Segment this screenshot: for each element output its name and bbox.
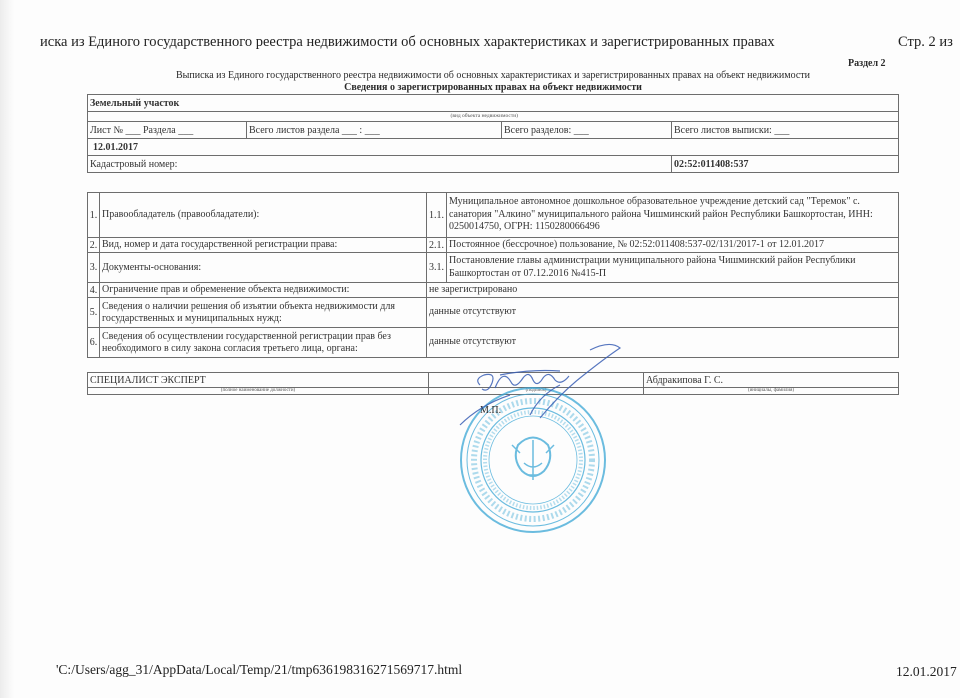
row-value: Постоянное (бессрочное) пользование, № 0… — [447, 238, 899, 253]
footer-file-path: 'C:/Users/agg_31/AppData/Local/Temp/21/t… — [56, 662, 462, 678]
table-row: 5. Сведения о наличии решения об изъятии… — [88, 298, 899, 328]
row-value: данные отсутствуют — [427, 298, 899, 328]
section-sheets: Всего листов раздела ___ : ___ — [247, 122, 502, 139]
table-row: 3. Документы-основания: 3.1. Постановлен… — [88, 253, 899, 283]
object-type: Земельный участок — [88, 95, 899, 112]
section-label: Раздел 2 — [848, 58, 886, 69]
position-title: СПЕЦИАЛИСТ ЭКСПЕРТ — [88, 373, 429, 388]
signer-name: Абдракипова Г. С. — [644, 373, 899, 388]
row-number: 3. — [88, 253, 100, 283]
row-value: Муниципальное автономное дошкольное обра… — [447, 193, 899, 238]
row-number: 6. — [88, 328, 100, 358]
row-subnumber: 3.1. — [427, 253, 447, 283]
name-caption: (инициалы, фамилия) — [644, 388, 899, 395]
footer-date: 12.01.2017 — [896, 664, 957, 680]
total-sections: Всего разделов: ___ — [502, 122, 672, 139]
row-label: Сведения о наличии решения об изъятии об… — [100, 298, 427, 328]
row-number: 5. — [88, 298, 100, 328]
row-number: 1. — [88, 193, 100, 238]
table-row: 2. Вид, номер и дата государственной рег… — [88, 238, 899, 253]
extract-date: 12.01.2017 — [88, 139, 899, 156]
sheet-number: Лист № ___ Раздела ___ — [88, 122, 247, 139]
table-row: 1. Правообладатель (правообладатели): 1.… — [88, 193, 899, 238]
object-info-table: Земельный участок (вид объекта недвижимо… — [87, 94, 899, 173]
row-label: Вид, номер и дата государственной регист… — [100, 238, 427, 253]
cadastral-label: Кадастровый номер: — [88, 156, 672, 173]
total-sheets: Всего листов выписки: ___ — [672, 122, 899, 139]
handwritten-signature-icon — [440, 330, 640, 450]
row-label: Документы-основания: — [100, 253, 427, 283]
page-number: Стр. 2 из — [898, 34, 953, 51]
page-header-title: иска из Единого государственного реестра… — [40, 34, 775, 51]
row-subnumber: 1.1. — [427, 193, 447, 238]
row-label: Сведения об осуществлении государственно… — [100, 328, 427, 358]
row-label: Ограничение прав и обременение объекта н… — [100, 283, 427, 298]
document-subtitle: Выписка из Единого государственного реес… — [0, 70, 960, 81]
row-number: 4. — [88, 283, 100, 298]
row-label: Правообладатель (правообладатели): — [100, 193, 427, 238]
scan-edge-shadow — [0, 0, 14, 698]
object-type-caption: (вид объекта недвижимости) — [88, 112, 899, 122]
cadastral-number: 02:52:011408:537 — [672, 156, 899, 173]
section-heading: Сведения о зарегистрированных правах на … — [0, 82, 960, 93]
row-value: Постановление главы администрации муници… — [447, 253, 899, 283]
row-number: 2. — [88, 238, 100, 253]
position-caption: (полное наименование должности) — [88, 388, 429, 395]
table-row: 4. Ограничение прав и обременение объект… — [88, 283, 899, 298]
row-subnumber: 2.1. — [427, 238, 447, 253]
row-value: не зарегистрировано — [427, 283, 899, 298]
